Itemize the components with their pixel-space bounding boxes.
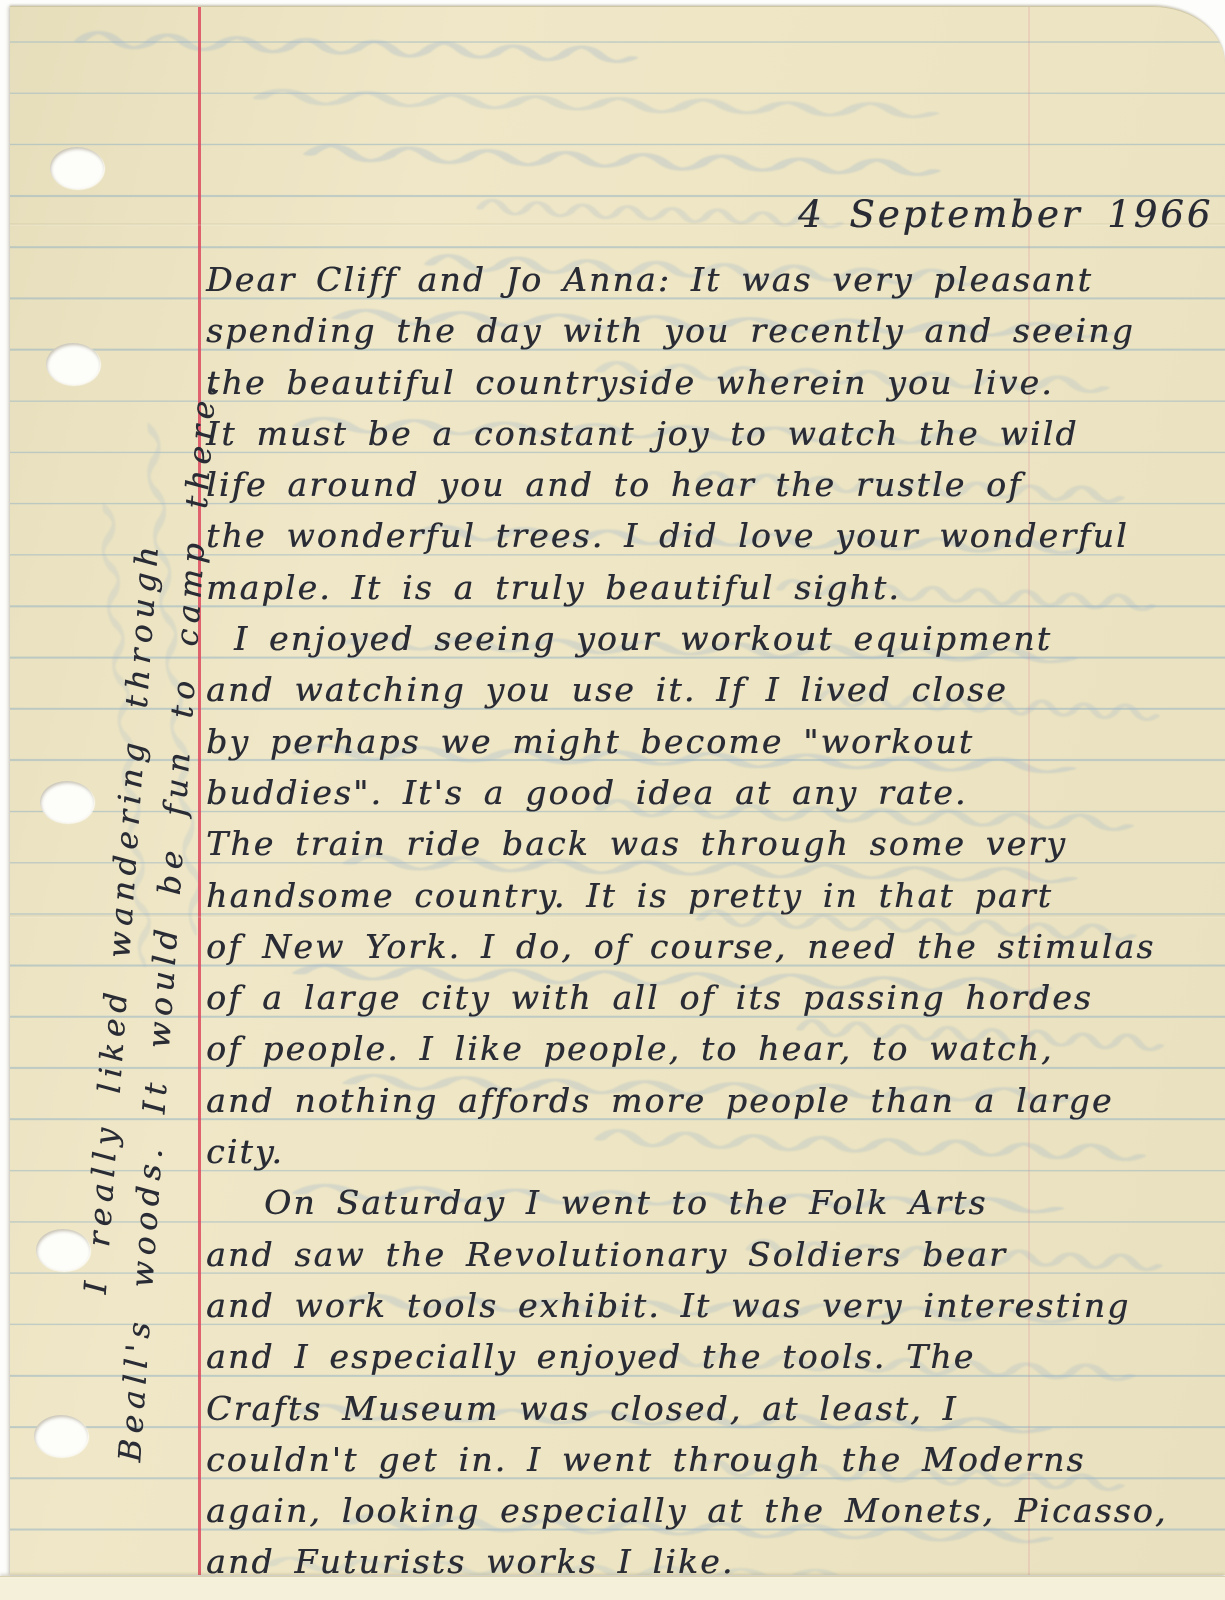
letter-line: buddies". It's a good idea at any rate.	[206, 767, 1168, 818]
bleedthrough-squiggle	[260, 90, 932, 116]
letter-line: maple. It is a truly beautiful sight.	[206, 562, 1168, 613]
letter-line: of people. I like people, to hear, to wa…	[206, 1023, 1168, 1074]
letter-line: On Saturday I went to the Folk Arts	[206, 1177, 1168, 1228]
bleedthrough-squiggle	[310, 146, 934, 175]
letter-line: handsome country. It is pretty in that p…	[206, 870, 1168, 921]
letter-page: 4 September 1966 Dear Cliff and Jo Anna:…	[10, 6, 1225, 1575]
letter-line: again, looking especially at the Monets,…	[206, 1485, 1168, 1536]
bleedthrough-squiggle	[80, 33, 632, 62]
letter-line: and I especially enjoyed the tools. The	[206, 1331, 1168, 1382]
letter-line: and Futurists works I like.	[206, 1536, 1168, 1575]
next-page-edge	[0, 1576, 1225, 1600]
letter-line: life around you and to hear the rustle o…	[206, 459, 1168, 510]
letter-line: I enjoyed seeing your workout equipment	[206, 613, 1168, 664]
letter-line: It must be a constant joy to watch the w…	[206, 408, 1168, 459]
letter-line: Dear Cliff and Jo Anna: It was very plea…	[206, 254, 1168, 305]
punch-hole	[40, 781, 94, 823]
letter-line: of a large city with all of its passing …	[206, 972, 1168, 1023]
letter-line: The train ride back was through some ver…	[206, 818, 1168, 869]
scanned-letter-screenshot: 4 September 1966 Dear Cliff and Jo Anna:…	[0, 0, 1225, 1600]
letter-line: the beautiful countryside wherein you li…	[206, 357, 1168, 408]
letter-line: Crafts Museum was closed, at least, I	[206, 1383, 1168, 1434]
letter-line: the wonderful trees. I did love your won…	[206, 510, 1168, 561]
margin-note: I really liked wandering through Beall's…	[61, 367, 230, 1471]
letter-line: city.	[206, 1126, 1168, 1177]
letter-line: spending the day with you recently and s…	[206, 305, 1168, 356]
letter-body: Dear Cliff and Jo Anna: It was very plea…	[206, 254, 1168, 1575]
punch-hole	[50, 147, 104, 189]
punch-hole	[46, 343, 100, 385]
date-line: 4 September 1966	[798, 193, 1213, 236]
letter-line: and watching you use it. If I lived clos…	[206, 664, 1168, 715]
letter-line: and saw the Revolutionary Soldiers bear	[206, 1229, 1168, 1280]
letter-line: couldn't get in. I went through the Mode…	[206, 1434, 1168, 1485]
letter-line: of New York. I do, of course, need the s…	[206, 921, 1168, 972]
letter-line: and nothing affords more people than a l…	[206, 1075, 1168, 1126]
letter-line: and work tools exhibit. It was very inte…	[206, 1280, 1168, 1331]
letter-line: by perhaps we might become "workout	[206, 716, 1168, 767]
